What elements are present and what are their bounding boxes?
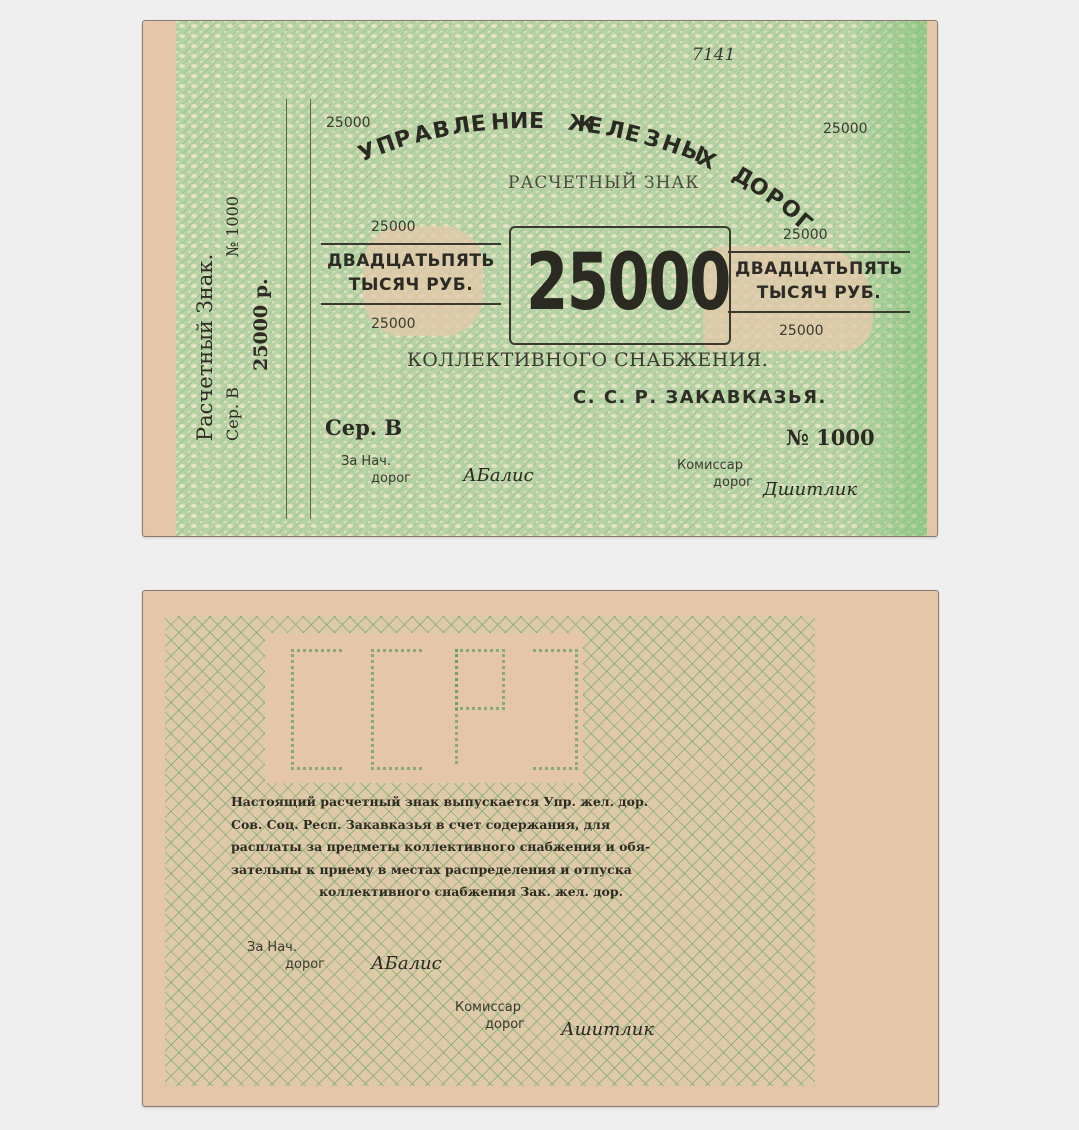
- arched-title-letter: Л: [450, 113, 472, 141]
- watermark-letter-z: [533, 649, 578, 770]
- counterfoil-stub: Расчетный Знак. Сер. В № 1000 25000 р.: [183, 81, 323, 521]
- watermark-letter-p: [455, 649, 505, 710]
- watermark-letter-p-stem: [455, 649, 458, 764]
- arched-title-letter: Е: [470, 111, 488, 138]
- signature-label-left: За Нач. дорог: [341, 453, 411, 487]
- arched-title-letter: И: [510, 109, 529, 134]
- words-line: ДВАДЦАТЬПЯТЬ: [728, 257, 910, 281]
- stub-number: № 1000: [223, 196, 242, 257]
- ornament-line: [321, 303, 501, 305]
- corner-number: 25000: [371, 219, 416, 235]
- watermark-letter-c: [291, 649, 342, 770]
- back-paragraph: Настоящий расчетный знак выпускается Упр…: [231, 791, 711, 904]
- denomination-words-right: ДВАДЦАТЬПЯТЬ ТЫСЯЧ РУБ.: [728, 257, 910, 305]
- stub-title: Расчетный Знак.: [193, 254, 217, 441]
- signature-left: АБалис: [463, 465, 534, 486]
- label-line: дорог: [455, 1016, 525, 1033]
- denomination-words-left: ДВАДЦАТЬПЯТЬ ТЫСЯЧ РУБ.: [321, 249, 501, 297]
- back-signature-right: Ашитлик: [561, 1019, 654, 1040]
- back-signature-label-left: За Нач. дорог: [247, 939, 325, 973]
- series-label: Сер. В: [325, 415, 402, 440]
- corner-number: 25000: [326, 115, 371, 131]
- signature-right: Дшитлик: [763, 479, 857, 500]
- arched-title-letter: Е: [529, 109, 545, 134]
- paragraph-line: коллективного снабжения Зак. жел. дор.: [231, 881, 711, 904]
- back-signature-label-right: Комиссар дорог: [455, 999, 525, 1033]
- ornament-line: [321, 243, 501, 245]
- paragraph-line: Настоящий расчетный знак выпускается Упр…: [231, 791, 711, 814]
- ornament-line: [728, 311, 910, 313]
- label-line: дорог: [677, 474, 753, 491]
- words-line: ТЫСЯЧ РУБ.: [321, 273, 501, 297]
- arched-title-letter: Н: [490, 109, 510, 135]
- words-line: ТЫСЯЧ РУБ.: [728, 281, 910, 305]
- paragraph-line: расплаты за предметы коллективного снабж…: [231, 836, 711, 859]
- label-line: Комиссар: [455, 999, 525, 1016]
- signature-label-right: Комиссар дорог: [677, 457, 753, 491]
- label-line: дорог: [247, 956, 325, 973]
- paragraph-line: Сов. Соц. Респ. Закавказья в счет содерж…: [231, 814, 711, 837]
- label-line: дорог: [341, 470, 411, 487]
- denomination-numeral: 25000: [526, 238, 730, 328]
- banknote-back: ССРЗ Настоящий расчетный знак выпускаетс…: [142, 590, 939, 1107]
- back-signature-left: АБалис: [371, 953, 442, 974]
- banknote-front: Расчетный Знак. Сер. В № 1000 25000 р. 7…: [142, 20, 938, 537]
- ornament-line: [728, 251, 910, 253]
- paragraph-line: зательны к приему в местах распределения…: [231, 859, 711, 882]
- corner-number: 25000: [779, 323, 824, 339]
- subtitle: РАСЧЕТНЫЙ ЗНАК: [508, 173, 699, 193]
- corner-number: 25000: [823, 121, 868, 137]
- handwritten-number: 7141: [692, 45, 735, 65]
- supply-line: КОЛЛЕКТИВНОГО СНАБЖЕНИЯ.: [407, 349, 768, 371]
- words-line: ДВАДЦАТЬПЯТЬ: [321, 249, 501, 273]
- region-line: С. С. Р. ЗАКАВКАЗЬЯ.: [573, 387, 827, 408]
- watermark-letter-c: [371, 649, 422, 770]
- corner-number: 25000: [783, 227, 828, 243]
- corner-number: 25000: [371, 316, 416, 332]
- label-line: За Нач.: [247, 939, 325, 956]
- stub-series: Сер. В: [223, 387, 242, 441]
- label-line: За Нач.: [341, 453, 411, 470]
- serial-number: № 1000: [786, 425, 875, 450]
- stub-amount: 25000 р.: [250, 278, 272, 371]
- label-line: Комиссар: [677, 457, 753, 474]
